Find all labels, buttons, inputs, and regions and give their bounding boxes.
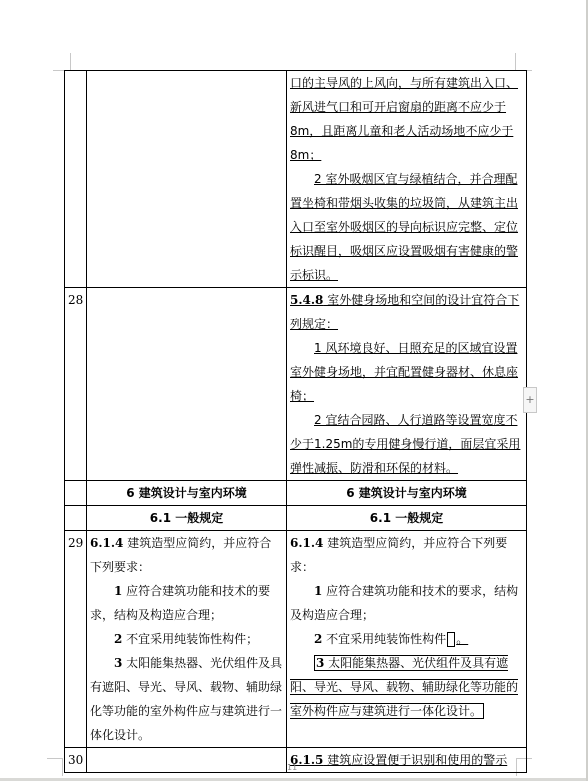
crop-mark-bottom-left-h [47,758,63,759]
row-number [65,481,87,506]
row-number: 28 [65,288,87,481]
old-clause-cell[interactable] [87,748,287,773]
subsection-heading-new: 6.1 一般规定 [287,506,527,531]
clause-text: 口的主导风的上风向，与所有建筑出入口、新风进气口和可开启窗扇的距离不应少于8m，… [290,71,523,167]
section-heading-row: 6 建筑设计与室内环境 6 建筑设计与室内环境 [65,481,527,506]
row-number: 30 [65,748,87,773]
clause-heading: 6.1.4 建筑造型应简约，并应符合下列要求： [90,531,283,579]
new-clause-cell[interactable]: 6.1.4 建筑造型应简约，并应符合下列要求： 1 应符合建筑功能和技术的要求，… [287,531,527,748]
table-row: 28 5.4.8 室外健身场地和空间的设计宜符合下列规定： 1 风环境良好、日照… [65,288,527,481]
old-clause-cell[interactable] [87,71,287,288]
clause-code: 5.4.8 [290,293,323,307]
crop-mark-top-right-v [515,53,516,70]
section-heading-old: 6 建筑设计与室内环境 [87,481,287,506]
clause-item: 1 应符合建筑功能和技术的要求，结构及构造应合理； [290,579,523,627]
clause-item: 2 宜结合园路、人行道路等设置宽度不少于1.25m的专用健身慢行道，面层宜采用弹… [290,408,523,480]
table-row: 口的主导风的上风向，与所有建筑出入口、新风进气口和可开启窗扇的距离不应少于8m，… [65,71,527,288]
page-number: 11 [287,763,297,772]
row-number [65,71,87,288]
new-clause-cell[interactable]: 5.4.8 室外健身场地和空间的设计宜符合下列规定： 1 风环境良好、日照充足的… [287,288,527,481]
section-heading-new: 6 建筑设计与室内环境 [287,481,527,506]
clause-title: 建筑应设置便于识别和使用的警示 [323,753,507,767]
clause-heading: 6.1.4 建筑造型应简约，并应符合下列要求： [290,531,523,579]
text-cursor-marker [447,632,455,647]
clause-heading: 6.1.5 建筑应设置便于识别和使用的警示 [290,748,523,772]
clause-item: 1 风环境良好、日照充足的区域宜设置室外健身场地，并宜配置健身器材、休息座椅； [290,336,523,408]
table-row: 29 6.1.4 建筑造型应简约，并应符合下列要求： 1 应符合建筑功能和技术的… [65,531,527,748]
document-page: 口的主导风的上风向，与所有建筑出入口、新风进气口和可开启窗扇的距离不应少于8m，… [0,0,586,778]
clause-item: 2 不宜采用纯装饰性构件。 [290,627,523,651]
add-row-button[interactable]: + [523,387,537,413]
old-clause-cell[interactable] [87,288,287,481]
clause-item: 2 不宜采用纯装饰性构件； [90,627,283,651]
clause-title: 室外健身场地和空间的设计宜符合下列规定： [290,293,519,331]
clause-code: 6.1.4 [290,536,323,550]
row-number [65,506,87,531]
clause-item: 3 太阳能集热器、光伏组件及具有遮阳、导光、导风、载物、辅助绿化等功能的室外构件… [90,651,283,747]
crop-mark-bottom-left-v [62,758,63,776]
new-clause-cell[interactable]: 口的主导风的上风向，与所有建筑出入口、新风进气口和可开启窗扇的距离不应少于8m，… [287,71,527,288]
old-clause-cell[interactable]: 6.1.4 建筑造型应简约，并应符合下列要求： 1 应符合建筑功能和技术的要求，… [87,531,287,748]
subsection-heading-old: 6.1 一般规定 [87,506,287,531]
clause-code: 6.1.4 [90,536,123,550]
clause-heading: 5.4.8 室外健身场地和空间的设计宜符合下列规定： [290,288,523,336]
clause-item: 1 应符合建筑功能和技术的要求，结构及构造应合理； [90,579,283,627]
clause-item: 2 室外吸烟区宜与绿植结合，并合理配置坐椅和带烟头收集的垃圾筒，从建筑主出入口至… [290,167,523,287]
row-number: 29 [65,531,87,748]
clause-item-revised: 3 太阳能集热器、光伏组件及具有遮阳、导光、导风、载物、辅助绿化等功能的室外构件… [290,651,523,723]
subsection-heading-row: 6.1 一般规定 6.1 一般规定 [65,506,527,531]
clause-title: 建筑造型应简约，并应符合下列要求： [290,536,507,574]
comparison-table: 口的主导风的上风向，与所有建筑出入口、新风进气口和可开启窗扇的距离不应少于8m，… [64,70,527,773]
crop-mark-top-left-v [70,53,71,70]
new-clause-cell[interactable]: 6.1.5 建筑应设置便于识别和使用的警示 [287,748,527,773]
